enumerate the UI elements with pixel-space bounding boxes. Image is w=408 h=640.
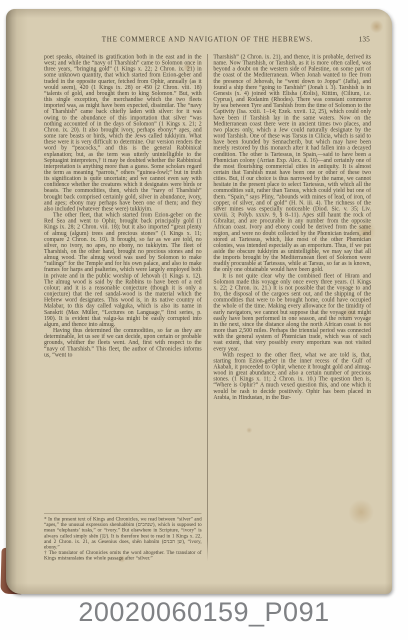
paragraph-left-1: poet speaks, obtained its gratification … [44,54,202,212]
paragraph-right-2: It is not quite clear why the combined f… [213,273,371,352]
left-column: poet speaks, obtained its gratification … [44,54,202,561]
paragraph-left-3: Having thus determined the commodities, … [44,328,202,358]
footnotes-block: * In the present text of Kings and Chron… [44,510,202,561]
paragraph-right-1: Tharshish” (2 Chron. ix. 21), and thence… [213,54,371,273]
column-divider [207,54,208,561]
scan-id-label: 20020060159_P091 [0,597,408,628]
footnote-divider [44,514,202,515]
running-header-title: THE COMMERCE AND NAVIGATION OF THE HEBRE… [102,36,313,44]
text-columns: poet speaks, obtained its gratification … [44,54,371,561]
book-page-scan: THE COMMERCE AND NAVIGATION OF THE HEBRE… [6,9,392,594]
page-text-block: THE COMMERCE AND NAVIGATION OF THE HEBRE… [44,36,371,581]
footnote-2: † The translator of Chronicles omits the… [44,550,202,561]
page-text-scaler: THE COMMERCE AND NAVIGATION OF THE HEBRE… [44,36,371,581]
page-number: 135 [359,36,370,44]
paragraph-right-3: With respect to the other fleet, what we… [213,352,371,401]
page-header: THE COMMERCE AND NAVIGATION OF THE HEBRE… [44,36,371,46]
footnote-1: * In the present text of Kings and Chron… [44,517,202,550]
paragraph-left-2: The other fleet, that which started from… [44,212,202,327]
right-column: Tharshish” (2 Chron. ix. 21), and thence… [213,54,371,561]
